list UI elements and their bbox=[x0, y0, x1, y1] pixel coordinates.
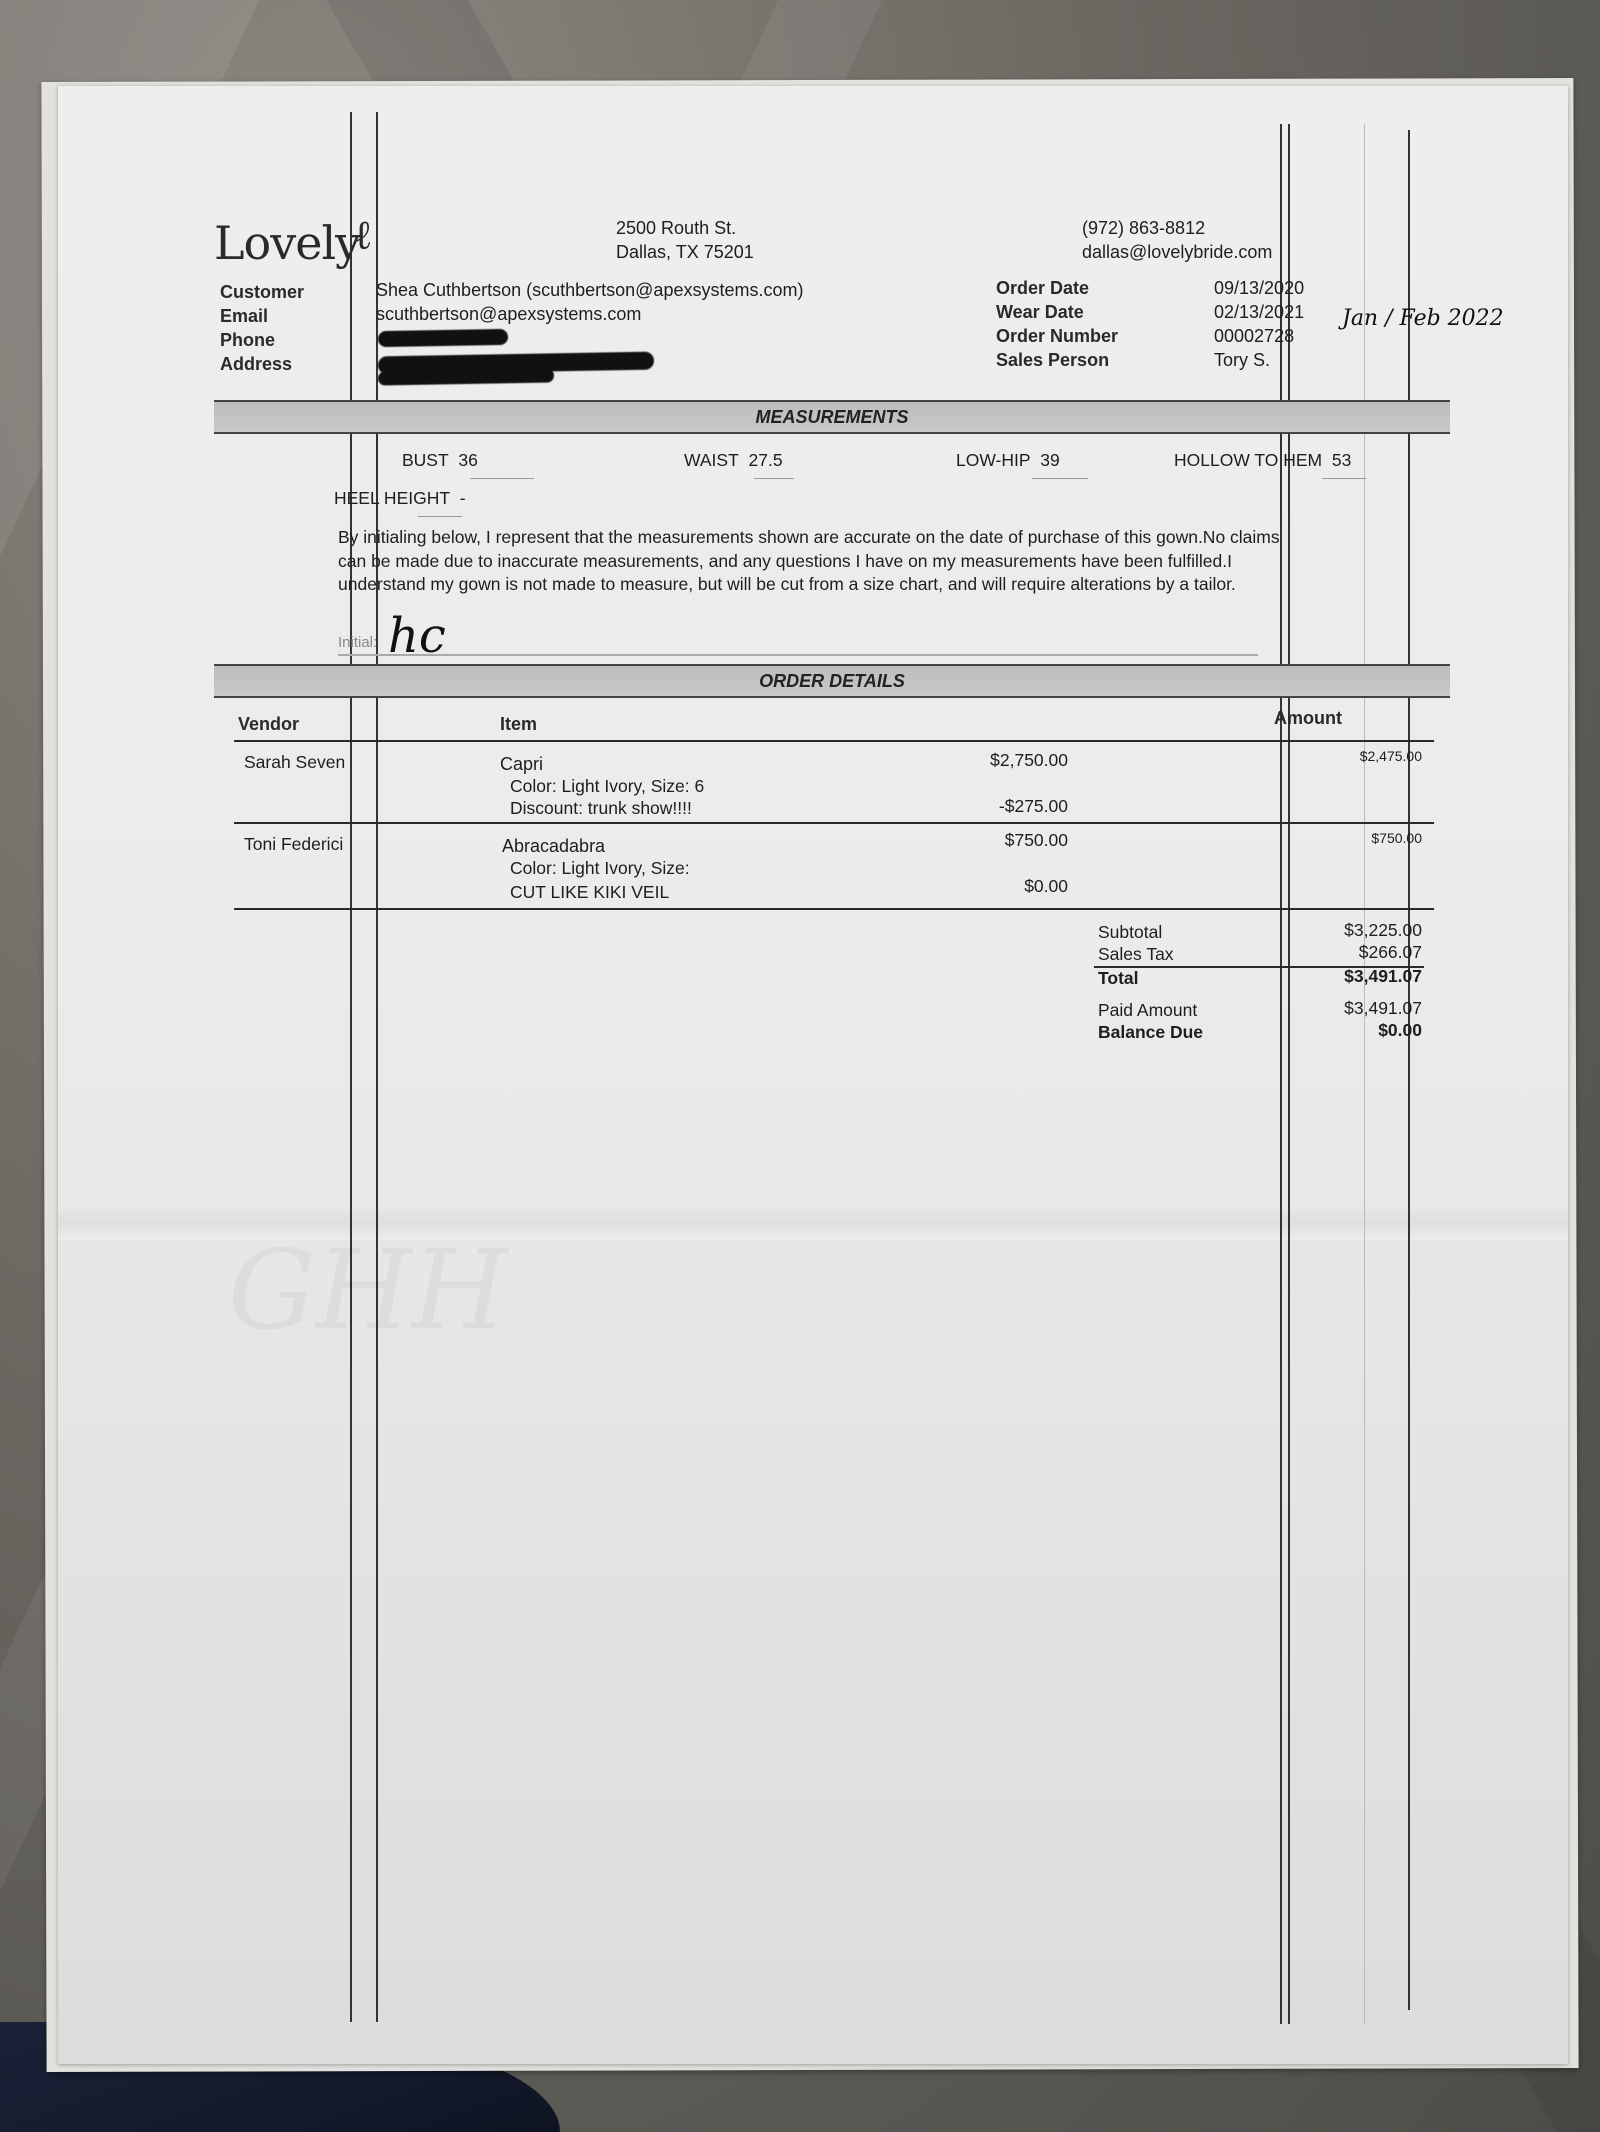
initial-label: Initial: bbox=[338, 634, 377, 651]
store-address: 2500 Routh St. Dallas, TX 75201 bbox=[616, 216, 754, 264]
balance-due-label: Balance Due bbox=[1098, 1022, 1203, 1043]
item-detail: Color: Light Ivory, Size: 6 bbox=[510, 776, 704, 797]
measurements-header: MEASUREMENTS bbox=[214, 400, 1450, 434]
item-detail: Color: Light Ivory, Size: bbox=[510, 858, 690, 879]
line-amount: $750.00 bbox=[1298, 830, 1422, 846]
heel-height-underline bbox=[418, 516, 462, 517]
total-label: Total bbox=[1098, 968, 1139, 989]
waist-label: WAIST bbox=[684, 450, 739, 470]
vendor-name: Toni Federici bbox=[244, 834, 343, 855]
order-details-title: ORDER DETAILS bbox=[214, 671, 1450, 692]
receipt-paper: Lovelyℓ 2500 Routh St. Dallas, TX 75201 … bbox=[58, 86, 1568, 2064]
heel-height-label: HEEL HEIGHT bbox=[334, 488, 450, 508]
redacted-phone bbox=[378, 329, 508, 347]
item-note: CUT LIKE KIKI VEIL bbox=[510, 882, 669, 903]
order-number-label: Order Number bbox=[996, 324, 1118, 348]
logo-text: Lovely bbox=[214, 216, 360, 270]
item-column-header: Item bbox=[500, 712, 537, 736]
sales-person-label: Sales Person bbox=[996, 348, 1118, 372]
customer-labels: Customer Email Phone Address bbox=[220, 280, 304, 376]
waist-value: 27.5 bbox=[749, 450, 783, 470]
item-price: $2,750.00 bbox=[928, 750, 1068, 771]
subtotal-value: $3,225.00 bbox=[1258, 920, 1422, 941]
order-info-values: 09/13/2020 02/13/2021 00002728 Tory S. bbox=[1214, 276, 1304, 372]
customer-values: Shea Cuthbertson (scuthbertson@apexsyste… bbox=[376, 278, 803, 326]
low-hip-value: 39 bbox=[1040, 450, 1059, 470]
bust-value: 36 bbox=[458, 450, 477, 470]
order-details-header: ORDER DETAILS bbox=[214, 664, 1450, 698]
waist-underline bbox=[754, 478, 794, 479]
order-number-value: 00002728 bbox=[1214, 324, 1304, 348]
sales-tax-label: Sales Tax bbox=[1098, 944, 1174, 965]
vendor-name: Sarah Seven bbox=[244, 752, 345, 773]
order-date-label: Order Date bbox=[996, 276, 1118, 300]
bust-underline bbox=[470, 478, 534, 479]
discount-amount: -$275.00 bbox=[928, 796, 1068, 817]
wear-date-value: 02/13/2021 bbox=[1214, 300, 1304, 324]
measurements-title: MEASUREMENTS bbox=[214, 407, 1450, 428]
store-logo: Lovelyℓ bbox=[214, 216, 376, 270]
item-discount: Discount: trunk show!!!! bbox=[510, 798, 692, 819]
item-name: Abracadabra bbox=[502, 836, 605, 857]
hollow-to-hem-underline bbox=[1322, 478, 1366, 479]
hollow-to-hem-label: HOLLOW TO HEM bbox=[1174, 450, 1322, 470]
item-price: $750.00 bbox=[928, 830, 1068, 851]
paid-amount-label: Paid Amount bbox=[1098, 1000, 1197, 1021]
low-hip-label: LOW-HIP bbox=[956, 450, 1031, 470]
low-hip-underline bbox=[1032, 478, 1088, 479]
initial-line bbox=[338, 654, 1258, 656]
line-amount: $2,475.00 bbox=[1298, 748, 1422, 764]
store-phone: (972) 863-8812 bbox=[1082, 216, 1272, 240]
waist-measurement: WAIST 27.5 bbox=[684, 450, 783, 471]
store-contact: (972) 863-8812 dallas@lovelybride.com bbox=[1082, 216, 1272, 264]
table-bottom-divider bbox=[234, 908, 1434, 910]
sales-person-value: Tory S. bbox=[1214, 348, 1304, 372]
item-name: Capri bbox=[500, 754, 543, 775]
hollow-to-hem-value: 53 bbox=[1332, 450, 1351, 470]
redacted-address-line2 bbox=[378, 368, 554, 385]
amount-column-header: Amount bbox=[1274, 706, 1342, 730]
customer-label: Customer bbox=[220, 280, 304, 304]
vertical-rule bbox=[350, 112, 352, 2022]
note-amount: $0.00 bbox=[928, 876, 1068, 897]
wear-date-label: Wear Date bbox=[996, 300, 1118, 324]
hollow-to-hem-measurement: HOLLOW TO HEM 53 bbox=[1174, 450, 1351, 471]
heel-height-value: - bbox=[460, 488, 466, 508]
header-divider bbox=[234, 740, 1434, 742]
initial-signature: hc bbox=[388, 608, 446, 664]
bust-label: BUST bbox=[402, 450, 449, 470]
bleed-through-signature: GHH bbox=[228, 1226, 508, 1354]
email-label: Email bbox=[220, 304, 304, 328]
row-divider bbox=[234, 822, 1434, 824]
order-date-value: 09/13/2020 bbox=[1214, 276, 1304, 300]
balance-due-value: $0.00 bbox=[1258, 1020, 1422, 1041]
vertical-rule bbox=[376, 112, 378, 2022]
order-info-labels: Order Date Wear Date Order Number Sales … bbox=[996, 276, 1118, 372]
store-email: dallas@lovelybride.com bbox=[1082, 240, 1272, 264]
heel-height-measurement: HEEL HEIGHT - bbox=[334, 488, 466, 509]
bust-measurement: BUST 36 bbox=[402, 450, 478, 471]
address-label: Address bbox=[220, 352, 304, 376]
subtotal-label: Subtotal bbox=[1098, 922, 1162, 943]
phone-label: Phone bbox=[220, 328, 304, 352]
handwritten-date-note: Jan / Feb 2022 bbox=[1342, 306, 1504, 331]
total-value: $3,491.07 bbox=[1258, 966, 1422, 987]
paid-amount-value: $3,491.07 bbox=[1258, 998, 1422, 1019]
low-hip-measurement: LOW-HIP 39 bbox=[956, 450, 1060, 471]
customer-name: Shea Cuthbertson (scuthbertson@apexsyste… bbox=[376, 278, 803, 302]
sales-tax-value: $266.07 bbox=[1258, 942, 1422, 963]
customer-email: scuthbertson@apexsystems.com bbox=[376, 302, 803, 326]
vendor-column-header: Vendor bbox=[238, 712, 299, 736]
store-address-line2: Dallas, TX 75201 bbox=[616, 240, 754, 264]
measurement-consent-text: By initialing below, I represent that th… bbox=[338, 526, 1298, 597]
store-address-line1: 2500 Routh St. bbox=[616, 216, 754, 240]
